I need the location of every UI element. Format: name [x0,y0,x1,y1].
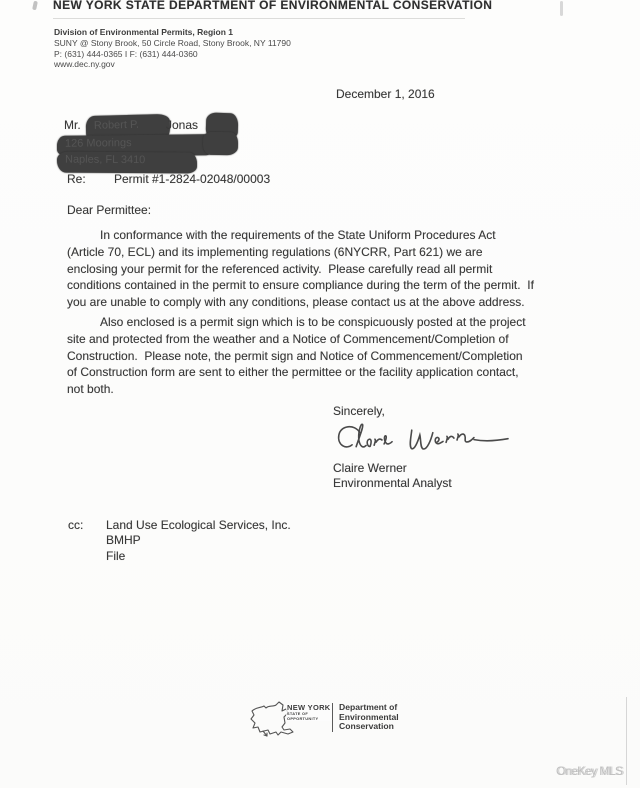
cc-label: cc: [68,518,83,532]
division-line: Division of Environmental Permits, Regio… [54,27,291,38]
paragraph-1: In conformance with the requirements of … [67,227,534,311]
logo-brand-text: NEW YORK STATE OF OPPORTUNITY [286,704,332,721]
reference-label: Re: [67,172,86,186]
cc-list: Land Use Ecological Services, Inc. BMHP … [106,518,291,564]
paragraph-2: Also enclosed is a permit sign which is … [67,314,526,398]
logo-divider [332,703,333,732]
paragraph-2-line: site and protected from the weather and … [67,331,526,348]
logo-brand-bottom: OPPORTUNITY [287,717,331,722]
scan-artifact [32,1,38,11]
reference-value: Permit #1-2824-02048/00003 [114,172,270,186]
scan-artifact [560,1,563,16]
closing: Sincerely, [333,404,385,418]
salutation: Dear Permittee: [67,203,151,217]
nysdec-footer-logo: NEW YORK STATE OF OPPORTUNITY Department… [248,696,398,738]
recipient-prefix: Mr. [64,118,81,132]
paragraph-2-line: of Construction form are sent to either … [67,364,526,381]
phone-fax-line: P: (631) 444-0365 I F: (631) 444-0360 [54,49,291,60]
mls-watermark: OneKey MLS [556,764,622,778]
recipient-surname: Jonas [166,118,198,132]
paragraph-1-line: you are unable to comply with any condit… [67,294,534,311]
paragraph-1-line: In conformance with the requirements of … [67,227,534,244]
redaction-marker-city: Naples, FL 3410 [57,152,197,174]
scanned-letter-page: NEW YORK STATE DEPARTMENT OF ENVIRONMENT… [0,0,640,788]
paragraph-2-line: Also enclosed is a permit sign which is … [67,314,526,331]
paragraph-1-line: conditions contained in the permit to en… [67,277,534,294]
scan-edge-line [626,697,627,785]
paragraph-2-line: not both. [67,381,526,398]
title-underline [53,18,465,19]
paragraph-1-line: enclosing your permit for the referenced… [67,261,534,278]
date-line: December 1, 2016 [336,87,435,101]
redacted-city-ghost-text: Naples, FL 3410 [65,154,145,167]
redacted-name-ghost-text: Robert P. [94,119,139,132]
logo-department-text: Department of Environmental Conservation [339,703,399,732]
cc-item: File [106,549,291,564]
signature-handwriting [327,416,513,465]
letterhead-address-block: Division of Environmental Permits, Regio… [54,27,291,70]
street-address-line: SUNY @ Stony Brook, 50 Circle Road, Ston… [54,38,291,49]
paragraph-2-line: Construction. Please note, the permit si… [67,348,526,365]
cc-item: BMHP [106,533,291,548]
redacted-street-ghost-text: 126 Moorings [65,137,132,150]
redaction-marker-street-end [203,132,238,156]
signer-title: Environmental Analyst [333,476,452,490]
logo-dept-line: Conservation [339,722,399,732]
paragraph-1-line: (Article 70, ECL) and its implementing r… [67,244,534,261]
cc-item: Land Use Ecological Services, Inc. [106,518,291,533]
agency-title: NEW YORK STATE DEPARTMENT OF ENVIRONMENT… [53,0,492,12]
signer-name: Claire Werner [333,461,407,475]
website-link: www.dec.ny.gov [54,59,291,70]
